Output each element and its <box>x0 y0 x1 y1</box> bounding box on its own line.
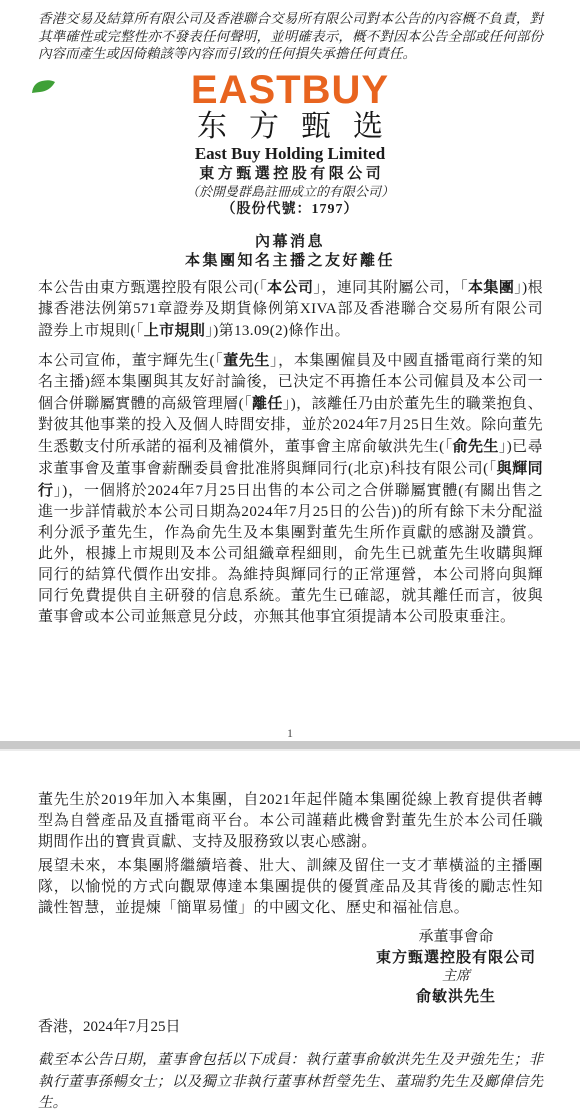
company-name-en: East Buy Holding Limited <box>0 144 580 164</box>
by-order-line: 承董事會命 <box>366 928 546 948</box>
stock-code-line: （股份代號：1797） <box>0 198 580 218</box>
signature-role: 主席 <box>366 967 546 987</box>
logo-chinese-script: 东方甄选 <box>0 108 580 146</box>
signature-block: 承董事會命 東方甄選控股有限公司 主席 俞敏洪先生 <box>366 928 546 1006</box>
board-composition-note: 截至本公告日期，董事會包括以下成員：執行董事俞敏洪先生及尹強先生；非執行董事孫暢… <box>38 1050 543 1115</box>
exchange-disclaimer-text: 香港交易及結算所有限公司及香港聯合交易所有限公司對本公告的內容概不負責，對其準確… <box>38 10 543 63</box>
signature-company: 東方甄選控股有限公司 <box>366 948 546 968</box>
body-paragraph-2: 本公司宣佈，董宇輝先生(「董先生」，本集團僱員及中國直播電商行業的知名主播)經本… <box>38 350 543 628</box>
announcement-document: 香港交易及結算所有限公司及香港聯合交易所有限公司對本公告的內容概不負責，對其準確… <box>0 0 580 1117</box>
eastbuy-wordmark: EASTBUY <box>191 72 389 108</box>
body-paragraph-3: 董先生於2019年加入本集團，自2021年起伴隨本集團從線上教育提供者轉型為自營… <box>38 790 543 853</box>
announcement-title-line1: 內幕消息 <box>0 230 580 251</box>
body-paragraph-4: 展望未來，本集團將繼續培養、壯大、訓練及留住一支才華橫溢的主播團隊，以愉悦的方式… <box>38 856 543 919</box>
leaf-icon <box>30 79 56 95</box>
dateline: 香港，2024年7月25日 <box>38 1015 543 1036</box>
page-separator <box>0 741 580 751</box>
brand-logo: EASTBUY <box>0 72 580 108</box>
page-number: 1 <box>0 726 580 741</box>
body-paragraph-1: 本公告由東方甄選控股有限公司(「本公司」，連同其附屬公司，「本集團」)根據香港法… <box>38 277 543 342</box>
signature-name: 俞敏洪先生 <box>366 987 546 1007</box>
announcement-title-line2: 本集團知名主播之友好離任 <box>0 249 580 270</box>
company-name-zh: 東方甄選控股有限公司 <box>0 162 580 183</box>
